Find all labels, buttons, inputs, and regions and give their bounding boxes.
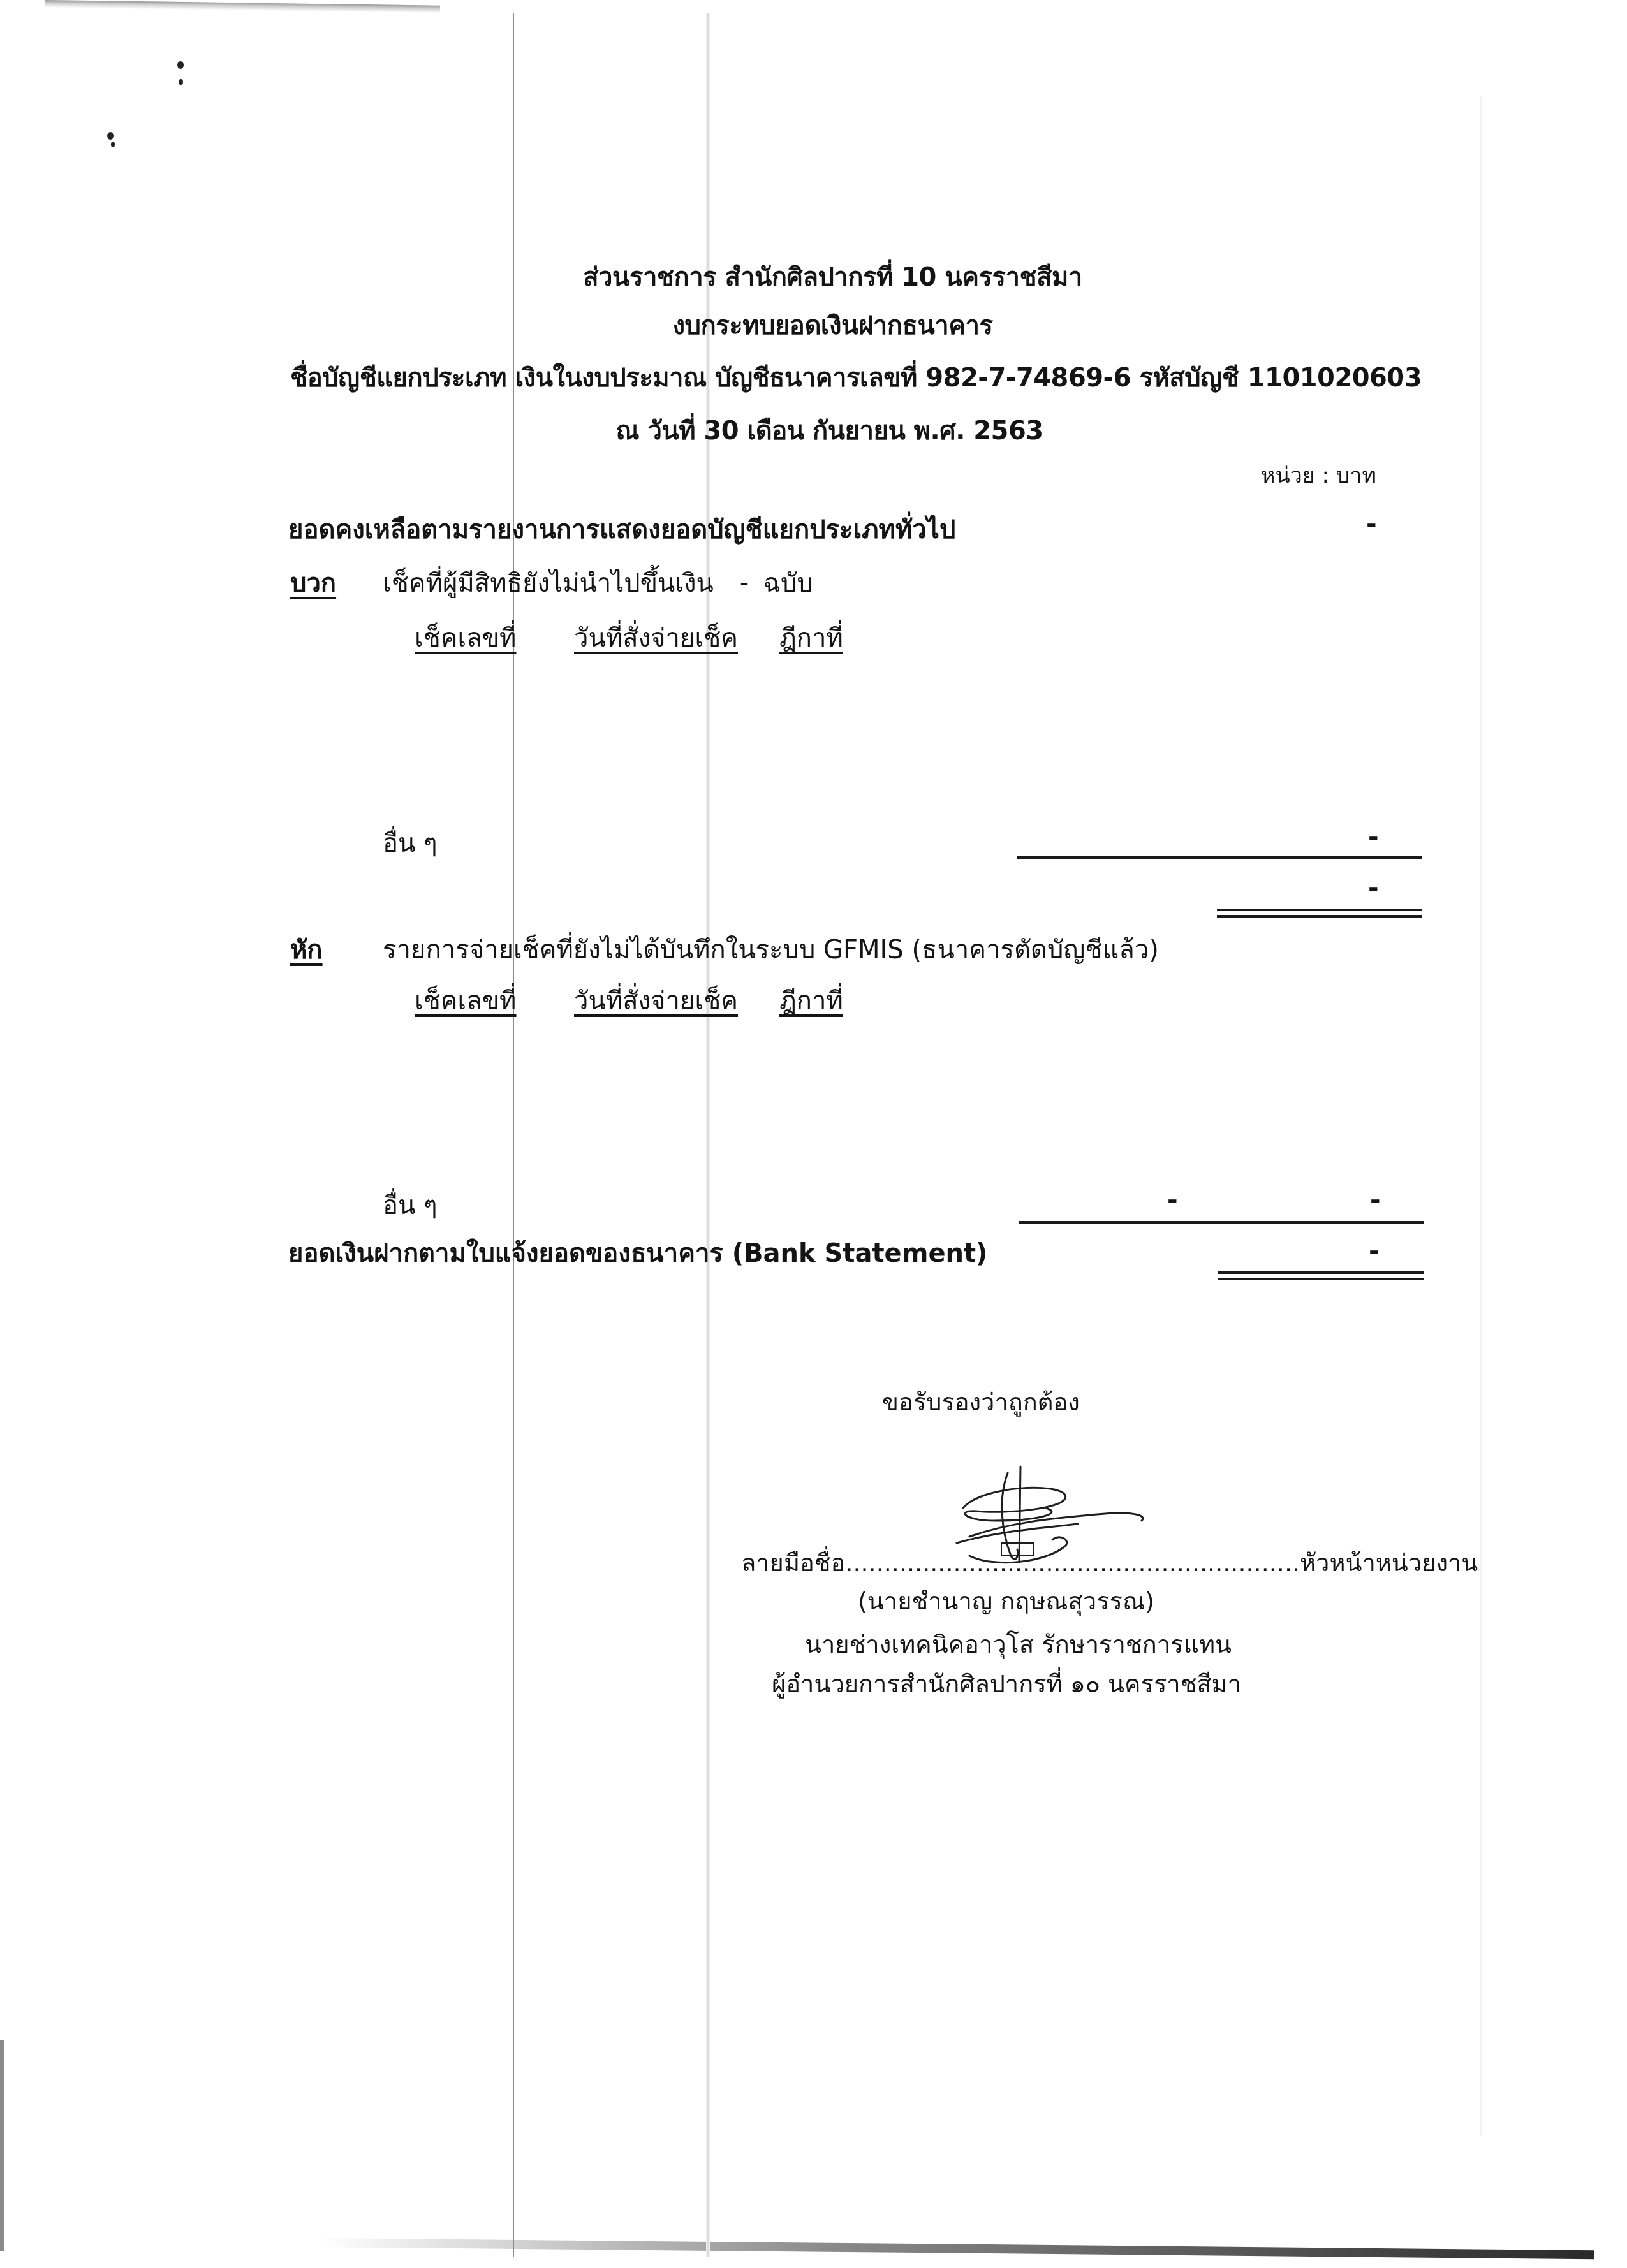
final-double-rule <box>1218 1271 1424 1280</box>
add-description: เช็คที่ผู้มีสิทธิยังไม่นำไปขึ้นเงิน - ฉบ… <box>383 562 813 603</box>
bank-statement-label: ยอดเงินฝากตามใบแจ้งยอดของธนาคาร (Bank St… <box>288 1233 987 1273</box>
scan-speck <box>107 132 114 140</box>
deduct-rule <box>1019 1221 1424 1224</box>
scan-speck <box>179 79 183 85</box>
add-count: - <box>740 569 749 598</box>
fold-line <box>1480 96 1482 2136</box>
scan-edge-left <box>0 2040 4 2251</box>
deduct-other-label: อื่น ๆ <box>383 1185 438 1225</box>
document-title: งบกระทบยอดเงินฝากธนาคาร <box>0 305 1627 346</box>
signature-prefix: ลายมือชื่อ <box>741 1549 845 1577</box>
signer-office: ผู้อำนวยการสำนักศิลปากรที่ ๑๐ นครราชสีมา <box>772 1664 1241 1703</box>
scan-speck <box>111 142 115 147</box>
unit-label: หน่วย : บาท <box>1261 458 1376 492</box>
gl-balance-label: ยอดคงเหลือตามรายงานการแสดงยอดบัญชีแยกประ… <box>288 509 955 550</box>
signature-suffix: หัวหน้าหน่วยงาน <box>1300 1549 1478 1577</box>
fold-line <box>706 13 710 2257</box>
add-col-cheque-date: วันที่สั่งจ่ายเช็ค <box>574 617 738 658</box>
scan-edge-bottom <box>319 2238 1594 2259</box>
add-description-text: เช็คที่ผู้มีสิทธิยังไม่นำไปขึ้นเงิน <box>383 569 714 598</box>
signature-dots: ........................................… <box>845 1549 1300 1577</box>
scan-speck <box>177 61 184 69</box>
signer-name: (นายชำนาญ กฤษณสุวรรณ) <box>858 1581 1154 1620</box>
deduct-description: รายการจ่ายเช็คที่ยังไม่ได้บันทึกในระบบ G… <box>383 929 1159 970</box>
add-label: บวก <box>290 562 336 603</box>
deduct-label: หัก <box>290 929 323 970</box>
subtotal-rule <box>1017 856 1422 859</box>
signer-position: นายช่างเทคนิคอาวุโส รักษาราชการแทน <box>805 1625 1232 1664</box>
add-other-amount: - <box>1368 823 1379 852</box>
scan-edge-top <box>45 0 440 13</box>
add-col-voucher-no: ฎีกาที่ <box>779 617 843 658</box>
account-line: ชื่อบัญชีแยกประเภท เงินในงบประมาณ บัญชีธ… <box>290 357 1422 398</box>
deduct-col-cheque-no: เช็คเลขที่ <box>415 980 516 1021</box>
add-other-label: อื่น ๆ <box>383 823 438 863</box>
bank-statement-amount: - <box>1369 1237 1380 1266</box>
signature-line: ลายมือชื่อ..............................… <box>741 1543 1478 1582</box>
certification-text: ขอรับรองว่าถูกต้อง <box>882 1382 1080 1421</box>
add-col-cheque-no: เช็คเลขที่ <box>415 617 516 658</box>
deduct-other-total: - <box>1370 1186 1381 1215</box>
fold-line <box>513 13 514 2257</box>
add-count-unit: ฉบับ <box>763 569 813 598</box>
add-subtotal: - <box>1368 874 1379 903</box>
total-double-rule <box>1217 909 1422 918</box>
date-line: ณ วันที่ 30 เดือน กันยายน พ.ศ. 2563 <box>0 410 1627 451</box>
deduct-col-voucher-no: ฎีกาที่ <box>779 980 843 1021</box>
deduct-other-amount: - <box>1167 1186 1178 1215</box>
deduct-col-cheque-date: วันที่สั่งจ่ายเช็ค <box>574 980 738 1021</box>
gl-balance-amount: - <box>1366 510 1377 539</box>
agency-heading: ส่วนราชการ สำนักศิลปากรที่ 10 นครราชสีมา <box>0 256 1627 297</box>
